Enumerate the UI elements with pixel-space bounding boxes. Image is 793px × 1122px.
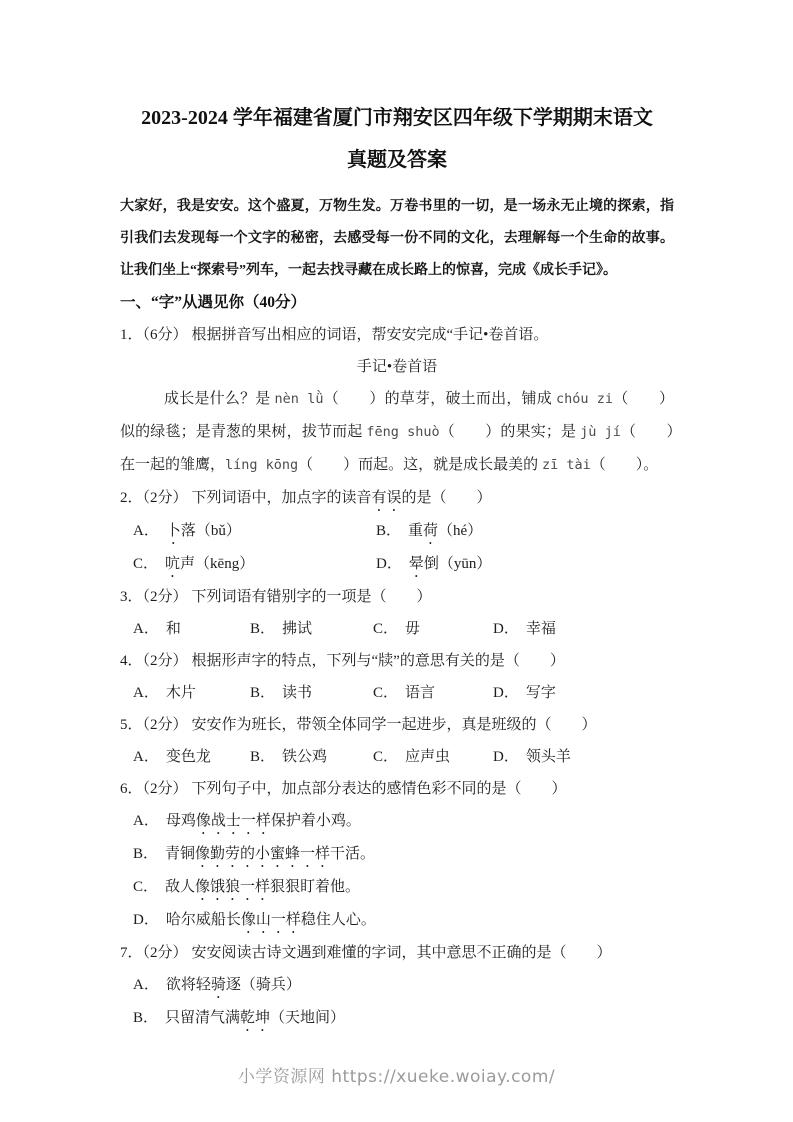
question-q7: 7．（2分）安安阅读古诗文遇到难懂的字词，其中意思不正确的是（ ）A．欲将轻骑逐… <box>120 937 674 1035</box>
text-segment: 只留清气满 <box>165 1010 240 1026</box>
option-label: B． <box>250 749 275 765</box>
text-segment: 安安阅读古诗文遇到难懂的字词，其中意思不正确的是（ ） <box>192 945 612 961</box>
option-q4-D: D．写字 <box>493 677 674 709</box>
title-line-1: 2023-2024 学年福建省厦门市翔安区四年级下学期期末语文 <box>141 107 653 129</box>
emphasized-text: 像战士一样 <box>196 813 271 829</box>
question-text: 1．（6分）根据拼音写出相应的词语，帮安安完成“手记•卷首语。 <box>120 319 674 351</box>
pinyin-passage: 成长是什么？是 nèn lǜ（ ）的草芽，破土而出，铺成 chóu zi（ ）似… <box>120 383 674 482</box>
text-segment: 安安作为班长，带领全体同学一起进步，真是班级的（ ） <box>192 717 597 733</box>
option-label: D． <box>493 749 519 765</box>
option-label: D． <box>376 556 402 572</box>
option-q7-B: B．只留清气满乾坤（天地间） <box>120 1002 674 1035</box>
text-segment: 根据形声字的特点，下列与“牍”的意思有关的是（ ） <box>192 653 565 669</box>
option-q4-A: A．木片 <box>133 677 250 709</box>
question-text: 7．（2分）安安阅读古诗文遇到难懂的字词，其中意思不正确的是（ ） <box>120 937 674 969</box>
question-text: 5．（2分）安安作为班长，带领全体同学一起进步，真是班级的（ ） <box>120 709 674 741</box>
question-number: 2．（2分） <box>120 490 188 506</box>
text-segment: 逐（骑兵） <box>226 977 301 993</box>
text-segment: 下列句子中，加点部分表达的感情色彩不同的是（ ） <box>192 781 567 797</box>
site-watermark: 小学资源网 https://xueke.woiay.com/ <box>0 1062 793 1087</box>
emphasized-text: 卜 <box>166 523 181 539</box>
option-q6-D: D．哈尔威船长像山一样稳住人心。 <box>120 904 674 937</box>
question-number: 4．（2分） <box>120 653 188 669</box>
options-q4: A．木片B．读书C．语言D．写字 <box>120 677 674 709</box>
option-q4-C: C．语言 <box>373 677 493 709</box>
text-segment: 欲将轻 <box>166 977 211 993</box>
option-label: B． <box>133 846 158 862</box>
option-label: B． <box>133 1010 158 1026</box>
title-line-2: 真题及答案 <box>347 149 447 171</box>
question-q5: 5．（2分）安安作为班长，带领全体同学一起进步，真是班级的（ ）A．变色龙B．铁… <box>120 709 674 773</box>
text-segment: 领头羊 <box>526 749 571 765</box>
question-number: 7．（2分） <box>120 945 188 961</box>
option-q3-B: B．拂试 <box>250 613 373 645</box>
text-segment: 幸福 <box>526 621 556 637</box>
emphasized-text: 乾坤 <box>240 1010 270 1026</box>
text-segment: 保护着小鸡。 <box>271 813 361 829</box>
option-label: A． <box>133 621 159 637</box>
question-q4: 4．（2分）根据形声字的特点，下列与“牍”的意思有关的是（ ）A．木片B．读书C… <box>120 645 674 709</box>
option-label: B． <box>250 685 275 701</box>
pinyin-text: zī tài <box>542 457 591 473</box>
question-q6: 6．（2分）下列句子中，加点部分表达的感情色彩不同的是（ ）A．母鸡像战士一样保… <box>120 773 674 937</box>
option-q3-C: C．毋 <box>373 613 493 645</box>
pinyin-text: líng kōng <box>225 457 298 473</box>
options-q6: A．母鸡像战士一样保护着小鸡。B．青铜像勤劳的小蜜蜂一样干活。C．敌人像饿狼一样… <box>120 805 674 937</box>
emphasized-text: 像勤劳的小蜜蜂一样 <box>195 846 330 862</box>
document-title: 2023-2024 学年福建省厦门市翔安区四年级下学期期末语文真题及答案 <box>120 97 674 181</box>
text-segment: 下列词语中，加点字的读音 <box>192 490 372 506</box>
option-q5-D: D．领头羊 <box>493 741 674 773</box>
option-label: C． <box>133 556 158 572</box>
text-segment: 毋 <box>405 621 420 637</box>
options-q2: A．卜落（bǔ）B．重荷（hé）C．吭声（kēng）D．晕倒（yūn） <box>120 515 674 581</box>
options-q3: A．和B．拂试C．毋D．幸福 <box>120 613 674 645</box>
option-q4-B: B．读书 <box>250 677 373 709</box>
questions-list: 1．（6分）根据拼音写出相应的词语，帮安安完成“手记•卷首语。手记•卷首语成长是… <box>120 319 674 1035</box>
question-text: 3．（2分）下列词语有错别字的一项是（ ） <box>120 581 674 613</box>
text-segment: 应声虫 <box>405 749 450 765</box>
text-segment: 和 <box>166 621 181 637</box>
question-q2: 2．（2分）下列词语中，加点字的读音有误的是（ ）A．卜落（bǔ）B．重荷（hé… <box>120 482 674 581</box>
option-q5-A: A．变色龙 <box>133 741 250 773</box>
emphasized-text: 晕 <box>409 556 424 572</box>
question-text: 2．（2分）下列词语中，加点字的读音有误的是（ ） <box>120 482 674 515</box>
text-segment: 根据拼音写出相应的词语，帮安安完成“手记•卷首语。 <box>192 327 549 343</box>
text-segment: 变色龙 <box>166 749 211 765</box>
question-text: 6．（2分）下列句子中，加点部分表达的感情色彩不同的是（ ） <box>120 773 674 805</box>
option-q3-D: D．幸福 <box>493 613 674 645</box>
emphasized-text: 像饿狼一样 <box>195 879 270 895</box>
question-number: 6．（2分） <box>120 781 188 797</box>
question-number: 5．（2分） <box>120 717 188 733</box>
option-label: A． <box>133 749 159 765</box>
text-segment: （ ）的草芽，破土而出，铺成 <box>323 391 555 407</box>
text-segment: （ ）。 <box>591 457 659 473</box>
question-q3: 3．（2分）下列词语有错别字的一项是（ ）A．和B．拂试C．毋D．幸福 <box>120 581 674 645</box>
pinyin-text: fēng shuò <box>366 424 439 440</box>
text-segment: 铁公鸡 <box>282 749 327 765</box>
option-q5-B: B．铁公鸡 <box>250 741 373 773</box>
option-q3-A: A．和 <box>133 613 250 645</box>
options-q7: A．欲将轻骑逐（骑兵）B．只留清气满乾坤（天地间） <box>120 969 674 1035</box>
option-label: D． <box>493 621 519 637</box>
text-segment: （ ）而起。这，就是成长最美的 <box>298 457 542 473</box>
text-segment: 读书 <box>282 685 312 701</box>
text-segment: 下列词语有错别字的一项是（ ） <box>192 589 432 605</box>
option-label: A． <box>133 523 159 539</box>
option-q2-D: D．晕倒（yūn） <box>376 548 674 581</box>
question-q1: 1．（6分）根据拼音写出相应的词语，帮安安完成“手记•卷首语。手记•卷首语成长是… <box>120 319 674 482</box>
option-label: B． <box>250 621 275 637</box>
option-label: A． <box>133 685 159 701</box>
text-segment: 哈尔威船长 <box>166 912 241 928</box>
text-segment: 干活。 <box>330 846 375 862</box>
option-label: B． <box>376 523 401 539</box>
text-segment: 母鸡 <box>166 813 196 829</box>
option-q2-C: C．吭声（kēng） <box>133 548 376 581</box>
text-segment: 成长是什么？是 <box>164 391 275 407</box>
text-segment: （天地间） <box>270 1010 345 1026</box>
option-label: A． <box>133 977 159 993</box>
option-q7-A: A．欲将轻骑逐（骑兵） <box>120 969 674 1002</box>
passage-title: 手记•卷首语 <box>120 351 674 383</box>
emphasized-text: 骑 <box>211 977 226 993</box>
text-segment: 声（kēng） <box>180 556 254 572</box>
document-content: 2023-2024 学年福建省厦门市翔安区四年级下学期期末语文真题及答案 大家好… <box>120 97 674 1035</box>
text-segment: （hé） <box>438 523 482 539</box>
text-segment: 拂试 <box>282 621 312 637</box>
emphasized-text: 像山一样 <box>241 912 301 928</box>
text-segment: 重 <box>408 523 423 539</box>
text-segment: 敌人 <box>165 879 195 895</box>
text-segment: 写字 <box>526 685 556 701</box>
text-segment: 狠狠盯着他。 <box>270 879 360 895</box>
emphasized-text: 有误 <box>372 490 402 506</box>
question-number: 3．（2分） <box>120 589 188 605</box>
pinyin-text: jù jí <box>580 424 621 440</box>
option-q2-A: A．卜落（bǔ） <box>133 515 376 548</box>
text-segment: 倒（yūn） <box>424 556 492 572</box>
option-label: D． <box>493 685 519 701</box>
intro-paragraph: 大家好，我是安安。这个盛夏，万物生发。万卷书里的一切，是一场永无止境的探索，指引… <box>120 191 674 287</box>
text-segment: 的是（ ） <box>402 490 492 506</box>
option-label: D． <box>133 912 159 928</box>
text-segment: （ ）的果实；是 <box>440 424 580 440</box>
exam-document-page: 2023-2024 学年福建省厦门市翔安区四年级下学期期末语文真题及答案 大家好… <box>0 0 793 1122</box>
emphasized-text: 荷 <box>423 523 438 539</box>
option-label: C． <box>373 749 398 765</box>
option-label: C． <box>133 879 158 895</box>
option-label: A． <box>133 813 159 829</box>
options-q5: A．变色龙B．铁公鸡C．应声虫D．领头羊 <box>120 741 674 773</box>
pinyin-text: chóu zi <box>556 391 613 407</box>
option-q5-C: C．应声虫 <box>373 741 493 773</box>
text-segment: 青铜 <box>165 846 195 862</box>
option-q6-C: C．敌人像饿狼一样狠狠盯着他。 <box>120 871 674 904</box>
option-label: C． <box>373 621 398 637</box>
text-segment: 落（bǔ） <box>181 523 241 539</box>
question-text: 4．（2分）根据形声字的特点，下列与“牍”的意思有关的是（ ） <box>120 645 674 677</box>
section-1-heading: 一、“字”从遇见你（40分） <box>120 287 674 319</box>
option-q6-A: A．母鸡像战士一样保护着小鸡。 <box>120 805 674 838</box>
text-segment: 语言 <box>405 685 435 701</box>
option-q2-B: B．重荷（hé） <box>376 515 674 548</box>
emphasized-text: 吭 <box>165 556 180 572</box>
pinyin-text: nèn lǜ <box>275 391 324 407</box>
text-segment: 木片 <box>166 685 196 701</box>
text-segment: 稳住人心。 <box>301 912 376 928</box>
option-label: C． <box>373 685 398 701</box>
question-number: 1．（6分） <box>120 327 188 343</box>
option-q6-B: B．青铜像勤劳的小蜜蜂一样干活。 <box>120 838 674 871</box>
